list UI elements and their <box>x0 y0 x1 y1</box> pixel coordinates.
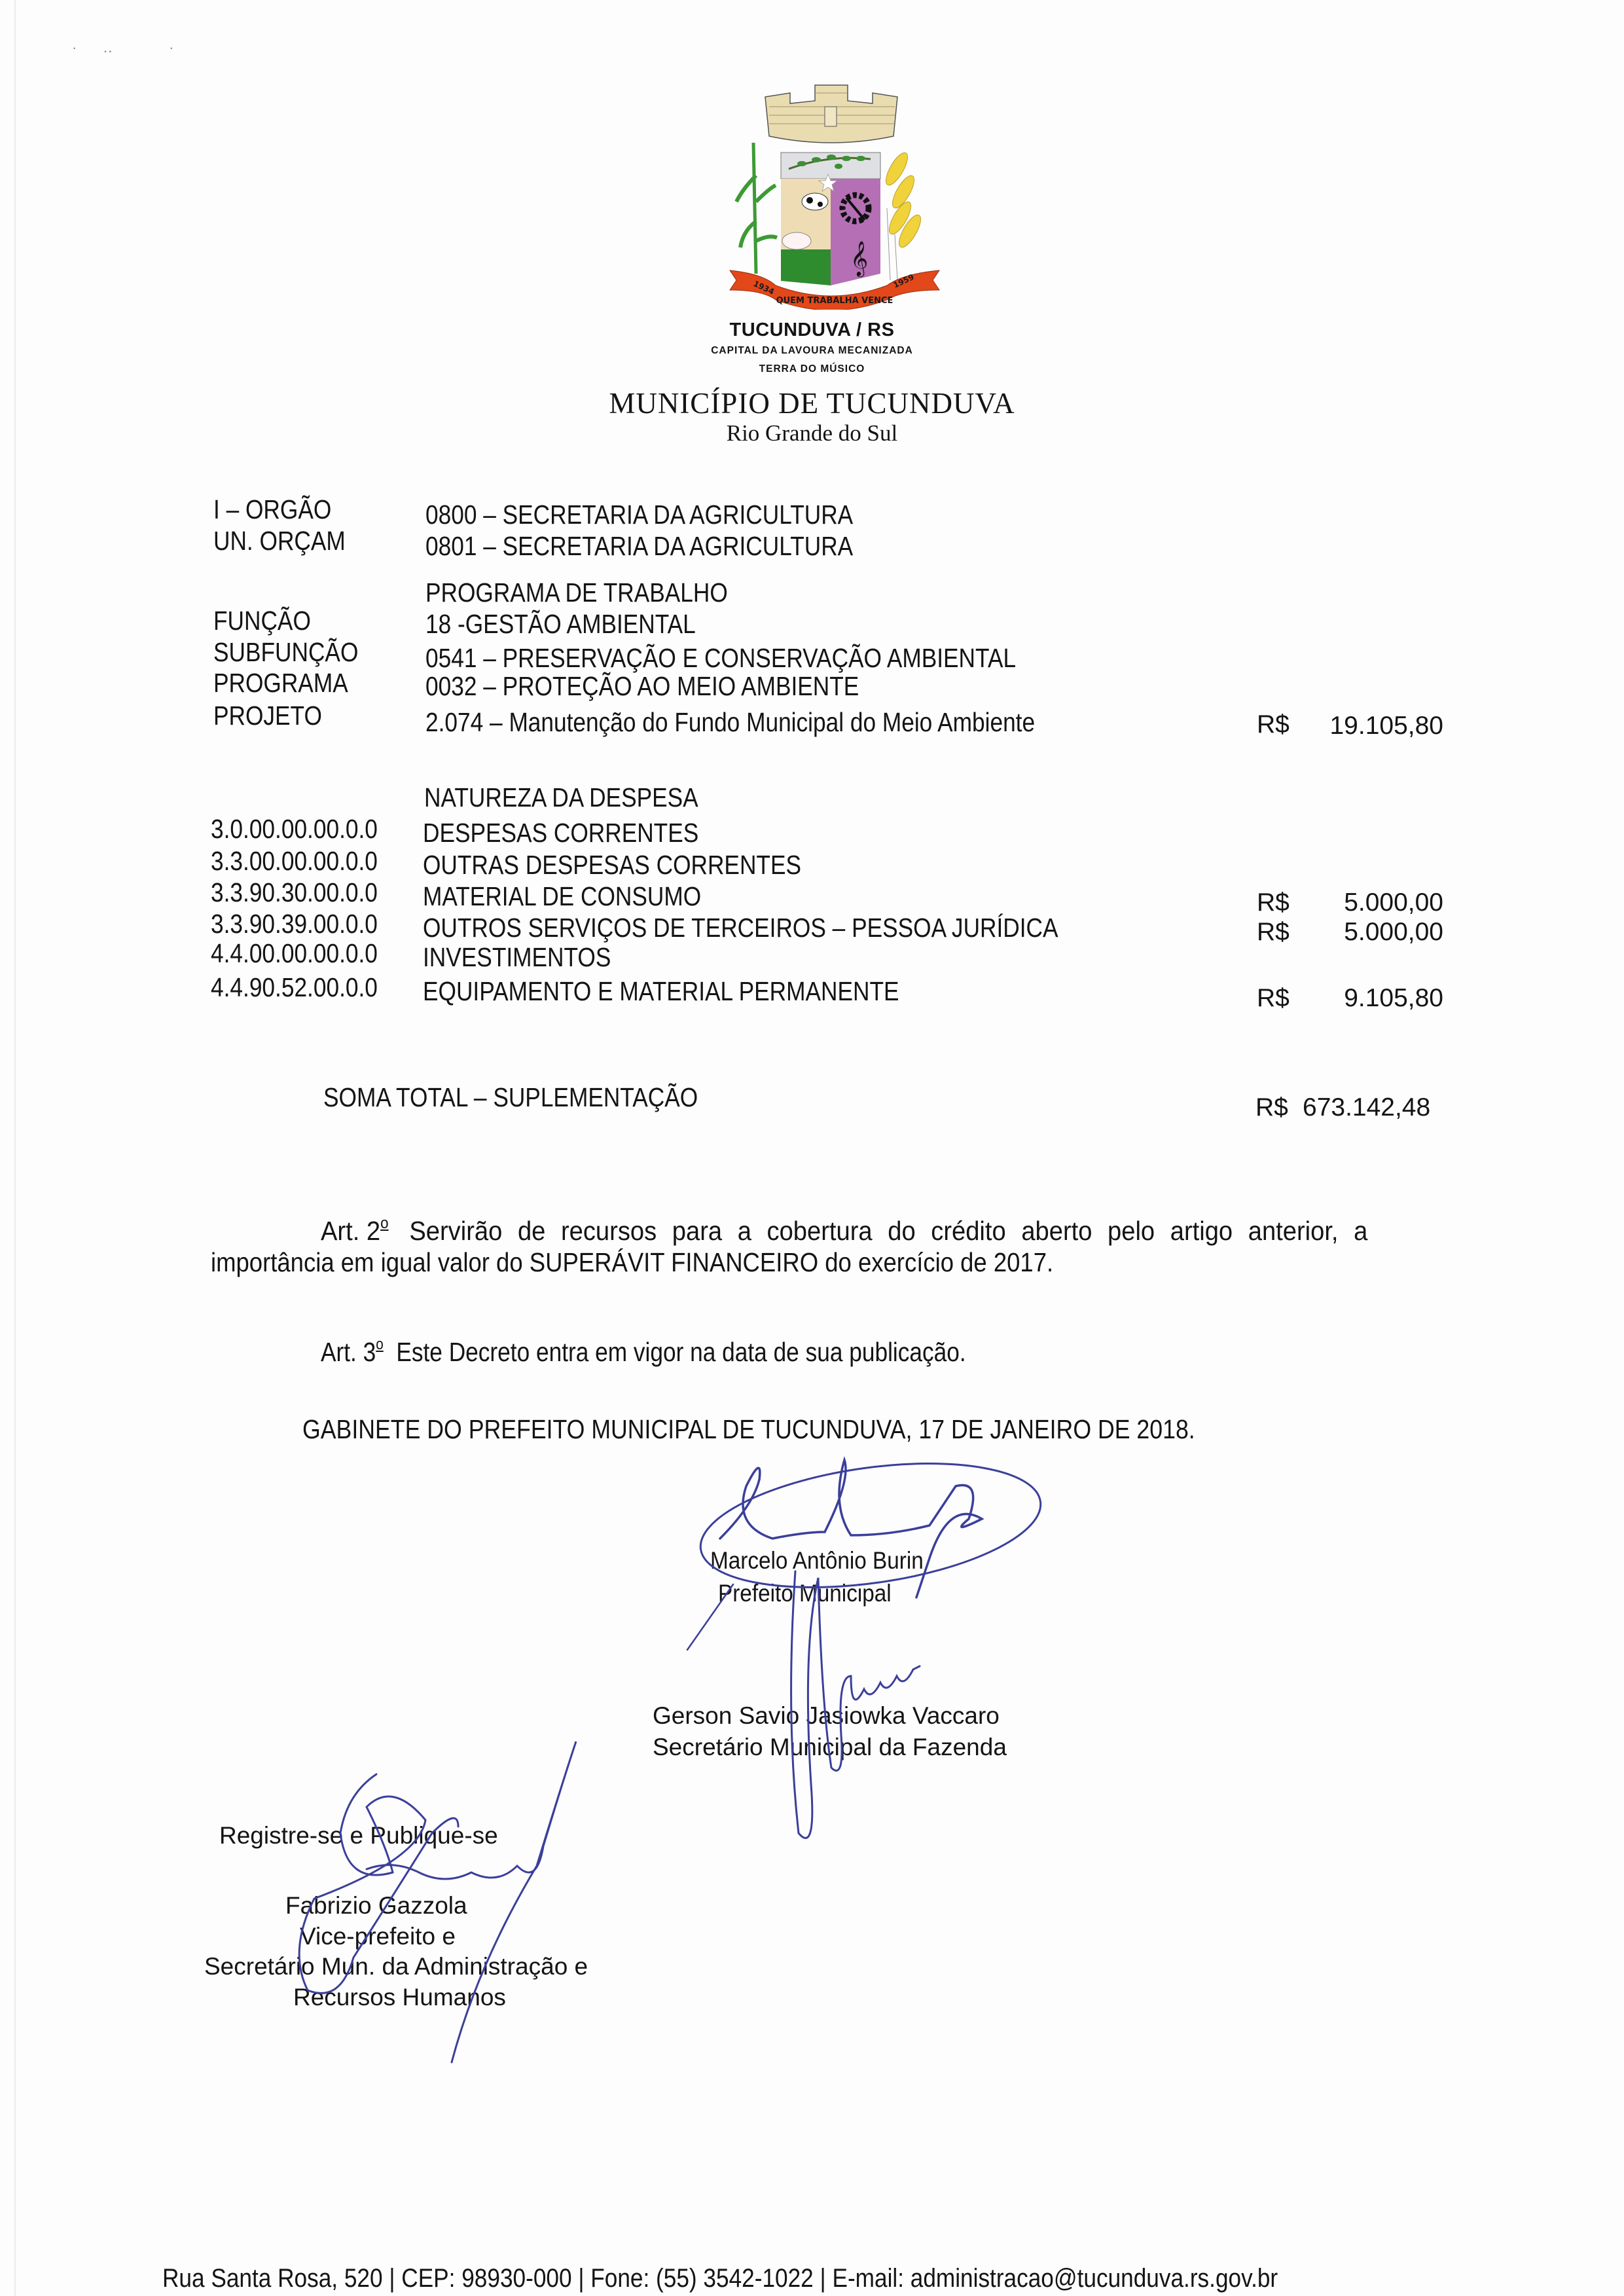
unidade-value: 0801 – SECRETARIA DA AGRICULTURA <box>425 531 853 562</box>
article-2-prefix: Art. 2 <box>321 1216 380 1246</box>
natureza-amount: 5.000,00 <box>1247 888 1443 917</box>
treasury-title: Secretário Municipal da Fazenda <box>653 1734 1007 1761</box>
natureza-description: OUTRAS DESPESAS CORRENTES <box>423 850 801 881</box>
svg-text:𝄞: 𝄞 <box>850 240 868 277</box>
vice-title-3: Recursos Humanos <box>293 1984 506 2011</box>
article-3: Art. 3o Este Decreto entra em vigor na d… <box>321 1336 966 1368</box>
natureza-description: MATERIAL DE CONSUMO <box>423 881 701 912</box>
funcao-value: 18 -GESTÃO AMBIENTAL <box>425 609 696 640</box>
total-amount: 673.142,48 <box>1303 1093 1430 1122</box>
article-3-text: Este Decreto entra em vigor na data de s… <box>396 1337 965 1367</box>
closing-line: GABINETE DO PREFEITO MUNICIPAL DE TUCUND… <box>302 1414 1195 1445</box>
vice-name: Fabrizio Gazzola <box>285 1892 467 1920</box>
natureza-code: 3.3.90.39.00.0.0 <box>211 909 378 939</box>
header-slogan-2: TERRA DO MÚSICO <box>0 363 1624 375</box>
header-slogan-1: CAPITAL DA LAVOURA MECANIZADA <box>0 345 1624 357</box>
orgao-label: I – ORGÃO <box>213 494 331 525</box>
programa-value: 0032 – PROTEÇÃO AO MEIO AMBIENTE <box>425 671 859 702</box>
treasury-name: Gerson Savio Jasiowka Vaccaro <box>653 1702 1000 1730</box>
total-currency: R$ <box>1255 1093 1288 1122</box>
natureza-code: 4.4.90.52.00.0.0 <box>211 972 378 1003</box>
coat-of-arms-icon: 𝄞 QUEM TRABALHA VENCE 1934 1959 <box>723 77 946 310</box>
scan-specks: ·‥ · <box>72 39 200 56</box>
mayor-title: Prefeito Municipal <box>718 1580 892 1607</box>
header-state: Rio Grande do Sul <box>0 420 1624 446</box>
projeto-value: 2.074 – Manutenção do Fundo Municipal do… <box>425 707 1035 738</box>
programa-trabalho-heading: PROGRAMA DE TRABALHO <box>425 577 728 608</box>
article-3-prefix: Art. 3 <box>321 1337 376 1367</box>
vice-title-2: Secretário Mun. da Administração e <box>204 1953 588 1980</box>
funcao-label: FUNÇÃO <box>213 606 311 636</box>
natureza-heading: NATUREZA DA DESPESA <box>424 782 698 813</box>
mayor-name: Marcelo Antônio Burin <box>710 1547 924 1575</box>
article-3-ordinal: o <box>376 1336 383 1353</box>
subfuncao-value: 0541 – PRESERVAÇÃO E CONSERVAÇÃO AMBIENT… <box>425 643 1016 674</box>
natureza-description: DESPESAS CORRENTES <box>423 818 698 848</box>
article-2-line-2: importância em igual valor do SUPERÁVIT … <box>211 1247 1053 1278</box>
header-city: TUCUNDUVA / RS <box>0 319 1624 341</box>
subfuncao-label: SUBFUNÇÃO <box>213 637 358 668</box>
natureza-amount: 9.105,80 <box>1247 984 1443 1013</box>
article-2-text-1: Servirão de recursos para a cobertura do… <box>409 1216 1367 1246</box>
header-municipality: MUNICÍPIO DE TUCUNDUVA <box>0 386 1624 420</box>
projeto-label: PROJETO <box>213 701 322 731</box>
programa-label: PROGRAMA <box>213 668 348 699</box>
vice-title-1: Vice-prefeito e <box>300 1923 456 1950</box>
natureza-description: EQUIPAMENTO E MATERIAL PERMANENTE <box>423 976 899 1007</box>
natureza-code: 3.0.00.00.00.0.0 <box>211 814 378 845</box>
natureza-code: 4.4.00.00.00.0.0 <box>211 938 378 969</box>
natureza-code: 3.3.90.30.00.0.0 <box>211 877 378 908</box>
article-2-ordinal: o <box>380 1214 388 1232</box>
natureza-code: 3.3.00.00.00.0.0 <box>211 846 378 877</box>
total-label: SOMA TOTAL – SUPLEMENTAÇÃO <box>323 1082 698 1113</box>
projeto-amount: 19.105,80 <box>1247 712 1443 740</box>
natureza-description: INVESTIMENTOS <box>423 942 611 973</box>
natureza-description: OUTROS SERVIÇOS DE TERCEIROS – PESSOA JU… <box>423 913 1058 943</box>
natureza-amount: 5.000,00 <box>1247 918 1443 947</box>
article-2-line-1: Art. 2o Servirão de recursos para a cobe… <box>321 1214 1367 1247</box>
orgao-value: 0800 – SECRETARIA DA AGRICULTURA <box>425 500 853 530</box>
svg-text:QUEM TRABALHA VENCE: QUEM TRABALHA VENCE <box>776 296 893 306</box>
register-note: Registre-se e Publique-se <box>219 1822 498 1850</box>
unidade-label: UN. ORÇAM <box>213 526 346 556</box>
footer-contact: Rua Santa Rosa, 520 | CEP: 98930-000 | F… <box>162 2264 1278 2293</box>
